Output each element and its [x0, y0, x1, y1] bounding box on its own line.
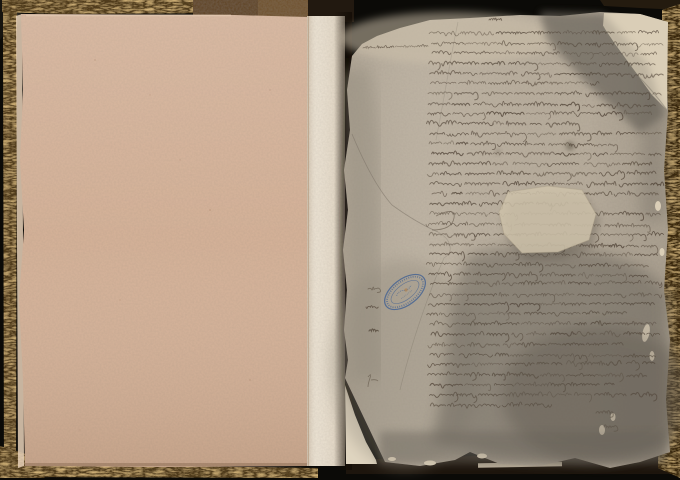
- manuscript-folio: [330, 12, 680, 470]
- cover-left-edge: [3, 10, 17, 475]
- endpaper-shading: [19, 14, 307, 467]
- archival-book-scan: [0, 0, 680, 480]
- spine-fold-block-2: [258, 0, 313, 18]
- endpaper-bottom-shadow: [24, 463, 307, 466]
- repair-patch: [499, 186, 596, 253]
- endpaper-top-highlight: [26, 15, 231, 17]
